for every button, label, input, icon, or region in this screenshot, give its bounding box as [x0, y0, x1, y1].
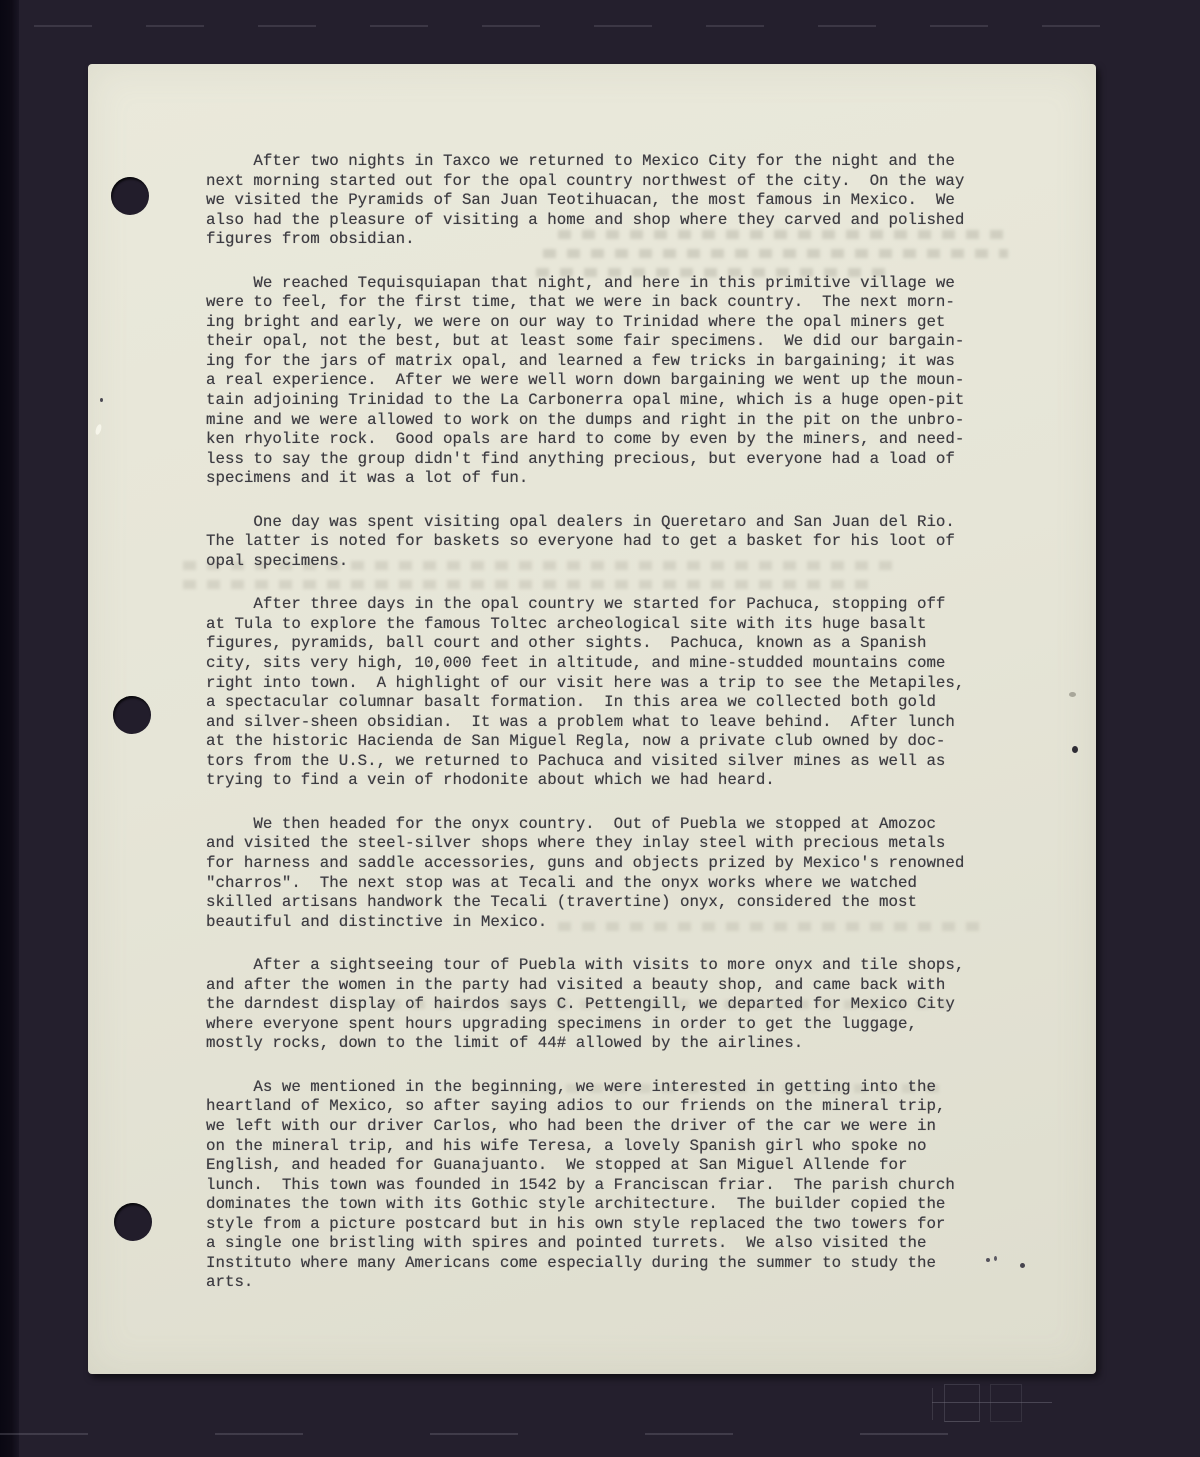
paragraph-pachuca-tula: After three days in the opal country we … [206, 595, 1014, 790]
scanner-dash-artifact-top [34, 25, 1154, 27]
scanner-edge-strip [0, 0, 19, 1457]
scan-speck [1072, 746, 1078, 753]
typewritten-text-body: After two nights in Taxco we returned to… [206, 152, 1014, 1317]
scan-speck [100, 398, 103, 402]
paragraph-puebla-luggage: After a sightseeing tour of Puebla with … [206, 956, 1014, 1054]
scan-speck [1069, 692, 1076, 697]
punch-hole [111, 177, 149, 215]
scan-speck [1020, 1263, 1025, 1268]
punch-hole [113, 696, 151, 734]
document-page: After two nights in Taxco we returned to… [88, 64, 1096, 1374]
scan-speck [94, 423, 102, 435]
paragraph-queretaro-baskets: One day was spent visiting opal dealers … [206, 513, 1014, 572]
paragraph-tequisquiapan-trinidad: We reached Tequisquiapan that night, and… [206, 274, 1014, 489]
punch-hole [114, 1203, 152, 1241]
scanner-artifact [932, 1382, 1062, 1424]
paragraph-onyx-country: We then headed for the onyx country. Out… [206, 815, 1014, 932]
scan-speck [986, 1258, 990, 1262]
scanner-dash-artifact-bottom [0, 1433, 1010, 1435]
scanned-document-scene: After two nights in Taxco we returned to… [0, 0, 1200, 1457]
paragraph-taxco-teotihuacan: After two nights in Taxco we returned to… [206, 152, 1014, 250]
scan-speck [994, 1256, 997, 1261]
paragraph-san-miguel-allende: As we mentioned in the beginning, we wer… [206, 1078, 1014, 1293]
